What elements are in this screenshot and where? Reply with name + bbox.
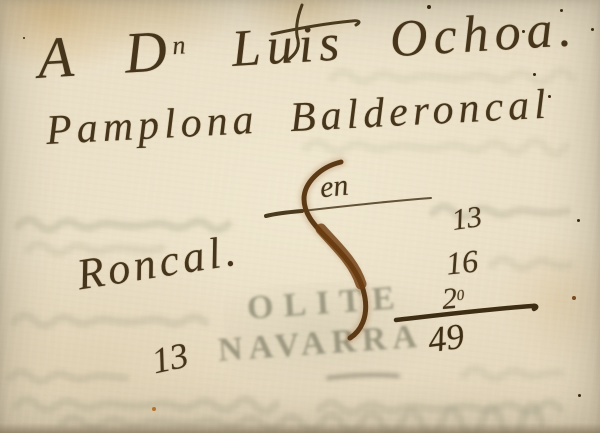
ink-speck [23,37,25,39]
letter-cover: OLITE NAVARRA A Dn Luis Ochoa. Pamplona … [0,0,600,433]
tally-sum-line [396,306,536,320]
ink-speck [591,28,594,31]
ink-speck [578,394,581,397]
bottom-fold-shadow [0,423,600,433]
cross-mark-icon [272,5,359,60]
rust-speck [152,407,156,411]
ink-speck [522,30,525,33]
en-underline-stroke [266,198,431,216]
rust-speck [572,296,576,300]
rate-flourish-stroke [304,162,366,338]
ink-speck [533,73,536,76]
ink-speck [560,9,563,12]
ink-strokes [0,0,600,433]
ink-speck [427,5,431,9]
ink-speck [577,219,580,222]
ink-speck [548,95,551,98]
